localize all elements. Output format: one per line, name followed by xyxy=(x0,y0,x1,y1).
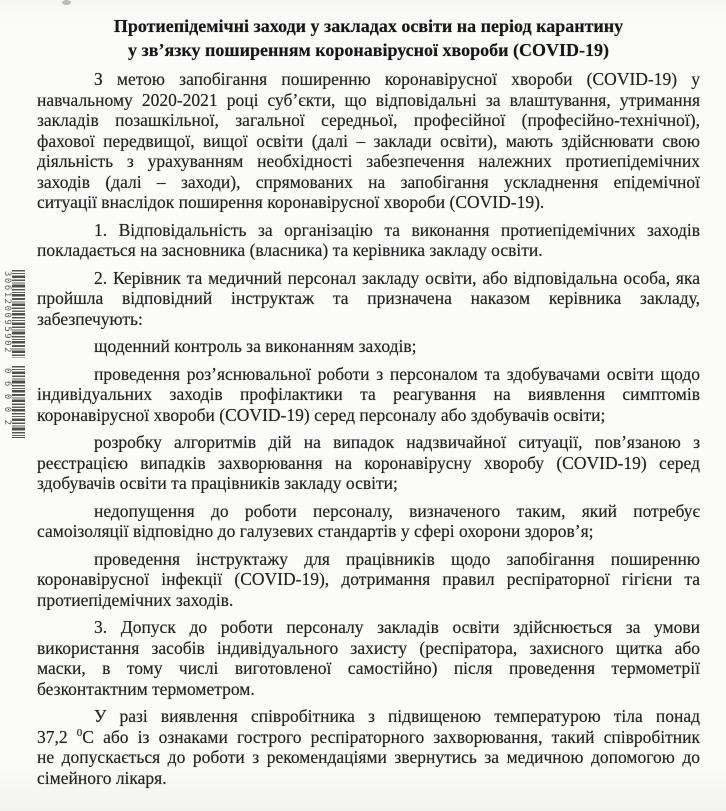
title-line: у зв’язку поширенням коронавірусної хвор… xyxy=(37,38,700,62)
text-line: коронавірусної хвороби (COVID-19) серед … xyxy=(37,405,700,426)
text-line: закладів позашкільної, загальної середнь… xyxy=(37,110,700,131)
barcode: 306120095902 06002 xyxy=(0,0,30,811)
text-line: 37,2 0С або із ознаками гострого респіра… xyxy=(37,727,700,748)
text-line: самоізоляції відповідно до галузевих ста… xyxy=(37,521,700,542)
barcode-bars xyxy=(12,366,25,438)
text-line: коронавірусної інфекції (COVID-19), дотр… xyxy=(37,569,700,590)
paragraph: 2. Керівник та медичний персонал закладу… xyxy=(37,268,700,330)
paragraph: З метою запобігання поширенню коронавіру… xyxy=(37,69,700,213)
scan-artifact xyxy=(62,0,71,5)
paragraph: проведення інструктажу для працівників щ… xyxy=(37,549,700,611)
document-page: 306120095902 06002 Протиепідемічні заход… xyxy=(0,0,726,811)
text-line: З метою запобігання поширенню коронавіру… xyxy=(37,69,700,90)
text-line: У разі виявлення співробітника з підвище… xyxy=(37,706,700,727)
text-line: 2. Керівник та медичний персонал закладу… xyxy=(37,268,700,289)
text-line: покладається на засновника (власника) та… xyxy=(37,240,700,261)
paragraphs-container: З метою запобігання поширенню коронавіру… xyxy=(37,69,700,788)
text-line: індивідуальних заходів профілактики та р… xyxy=(37,384,700,405)
text-line: діяльність з урахуванням необхідності за… xyxy=(37,151,700,172)
text-line: безконтактним термометром. xyxy=(37,679,700,700)
text-line: маски, в тому числі виготовленої самості… xyxy=(37,658,700,679)
paragraph: щоденний контроль за виконанням заходів; xyxy=(37,336,700,357)
title-line: Протиепідемічні заходи у закладах освіти… xyxy=(37,14,700,38)
text-line: реєстрацією випадків захворювання на кор… xyxy=(37,453,700,474)
paragraph: 3. Допуск до роботи персоналу закладів о… xyxy=(37,617,700,699)
document-title: Протиепідемічні заходи у закладах освіти… xyxy=(37,14,700,62)
text-line: пройшла відповідний інструктаж та призна… xyxy=(37,288,700,309)
text-line: проведення інструктажу для працівників щ… xyxy=(37,549,700,570)
text-line: 1. Відповідальність за організацію та ви… xyxy=(37,220,700,241)
text-line: не допускається до роботи з рекомендація… xyxy=(37,747,700,768)
text-line: протиепідемічних заходів. xyxy=(37,590,700,611)
text-line: здобувачів освіти та працівників закладу… xyxy=(37,473,700,494)
text-line: 3. Допуск до роботи персоналу закладів о… xyxy=(37,617,700,638)
document-body: Протиепідемічні заходи у закладах освіти… xyxy=(37,14,700,788)
text-line: недопущення до роботи персоналу, визначе… xyxy=(37,501,700,522)
paragraph: У разі виявлення співробітника з підвище… xyxy=(37,706,700,788)
barcode-number: 306120095902 xyxy=(2,271,12,354)
text-line: фахової передвищої, вищої освіти (далі –… xyxy=(37,131,700,152)
text-line: навчальному 2020-2021 році суб’єкти, що … xyxy=(37,90,700,111)
barcode-bars xyxy=(12,270,25,358)
text-line: проведення роз’яснювальної роботи з перс… xyxy=(37,364,700,385)
paragraph: недопущення до роботи персоналу, визначе… xyxy=(37,501,700,542)
text-line: заходів (далі – заходи), спрямованих на … xyxy=(37,172,700,193)
paragraph: проведення роз’яснювальної роботи з перс… xyxy=(37,364,700,426)
paragraph: 1. Відповідальність за організацію та ви… xyxy=(37,220,700,261)
barcode-number: 06002 xyxy=(2,368,12,433)
text-line: сімейного лікаря. xyxy=(37,768,700,789)
text-line: ситуації внаслідок поширення коронавірус… xyxy=(37,192,700,213)
text-line: забезпечують: xyxy=(37,309,700,330)
text-line: щоденний контроль за виконанням заходів; xyxy=(37,336,700,357)
paragraph: розробку алгоритмів дій на випадок надзв… xyxy=(37,432,700,494)
text-line: розробку алгоритмів дій на випадок надзв… xyxy=(37,432,700,453)
text-line: використання засобів індивідуального зах… xyxy=(37,638,700,659)
